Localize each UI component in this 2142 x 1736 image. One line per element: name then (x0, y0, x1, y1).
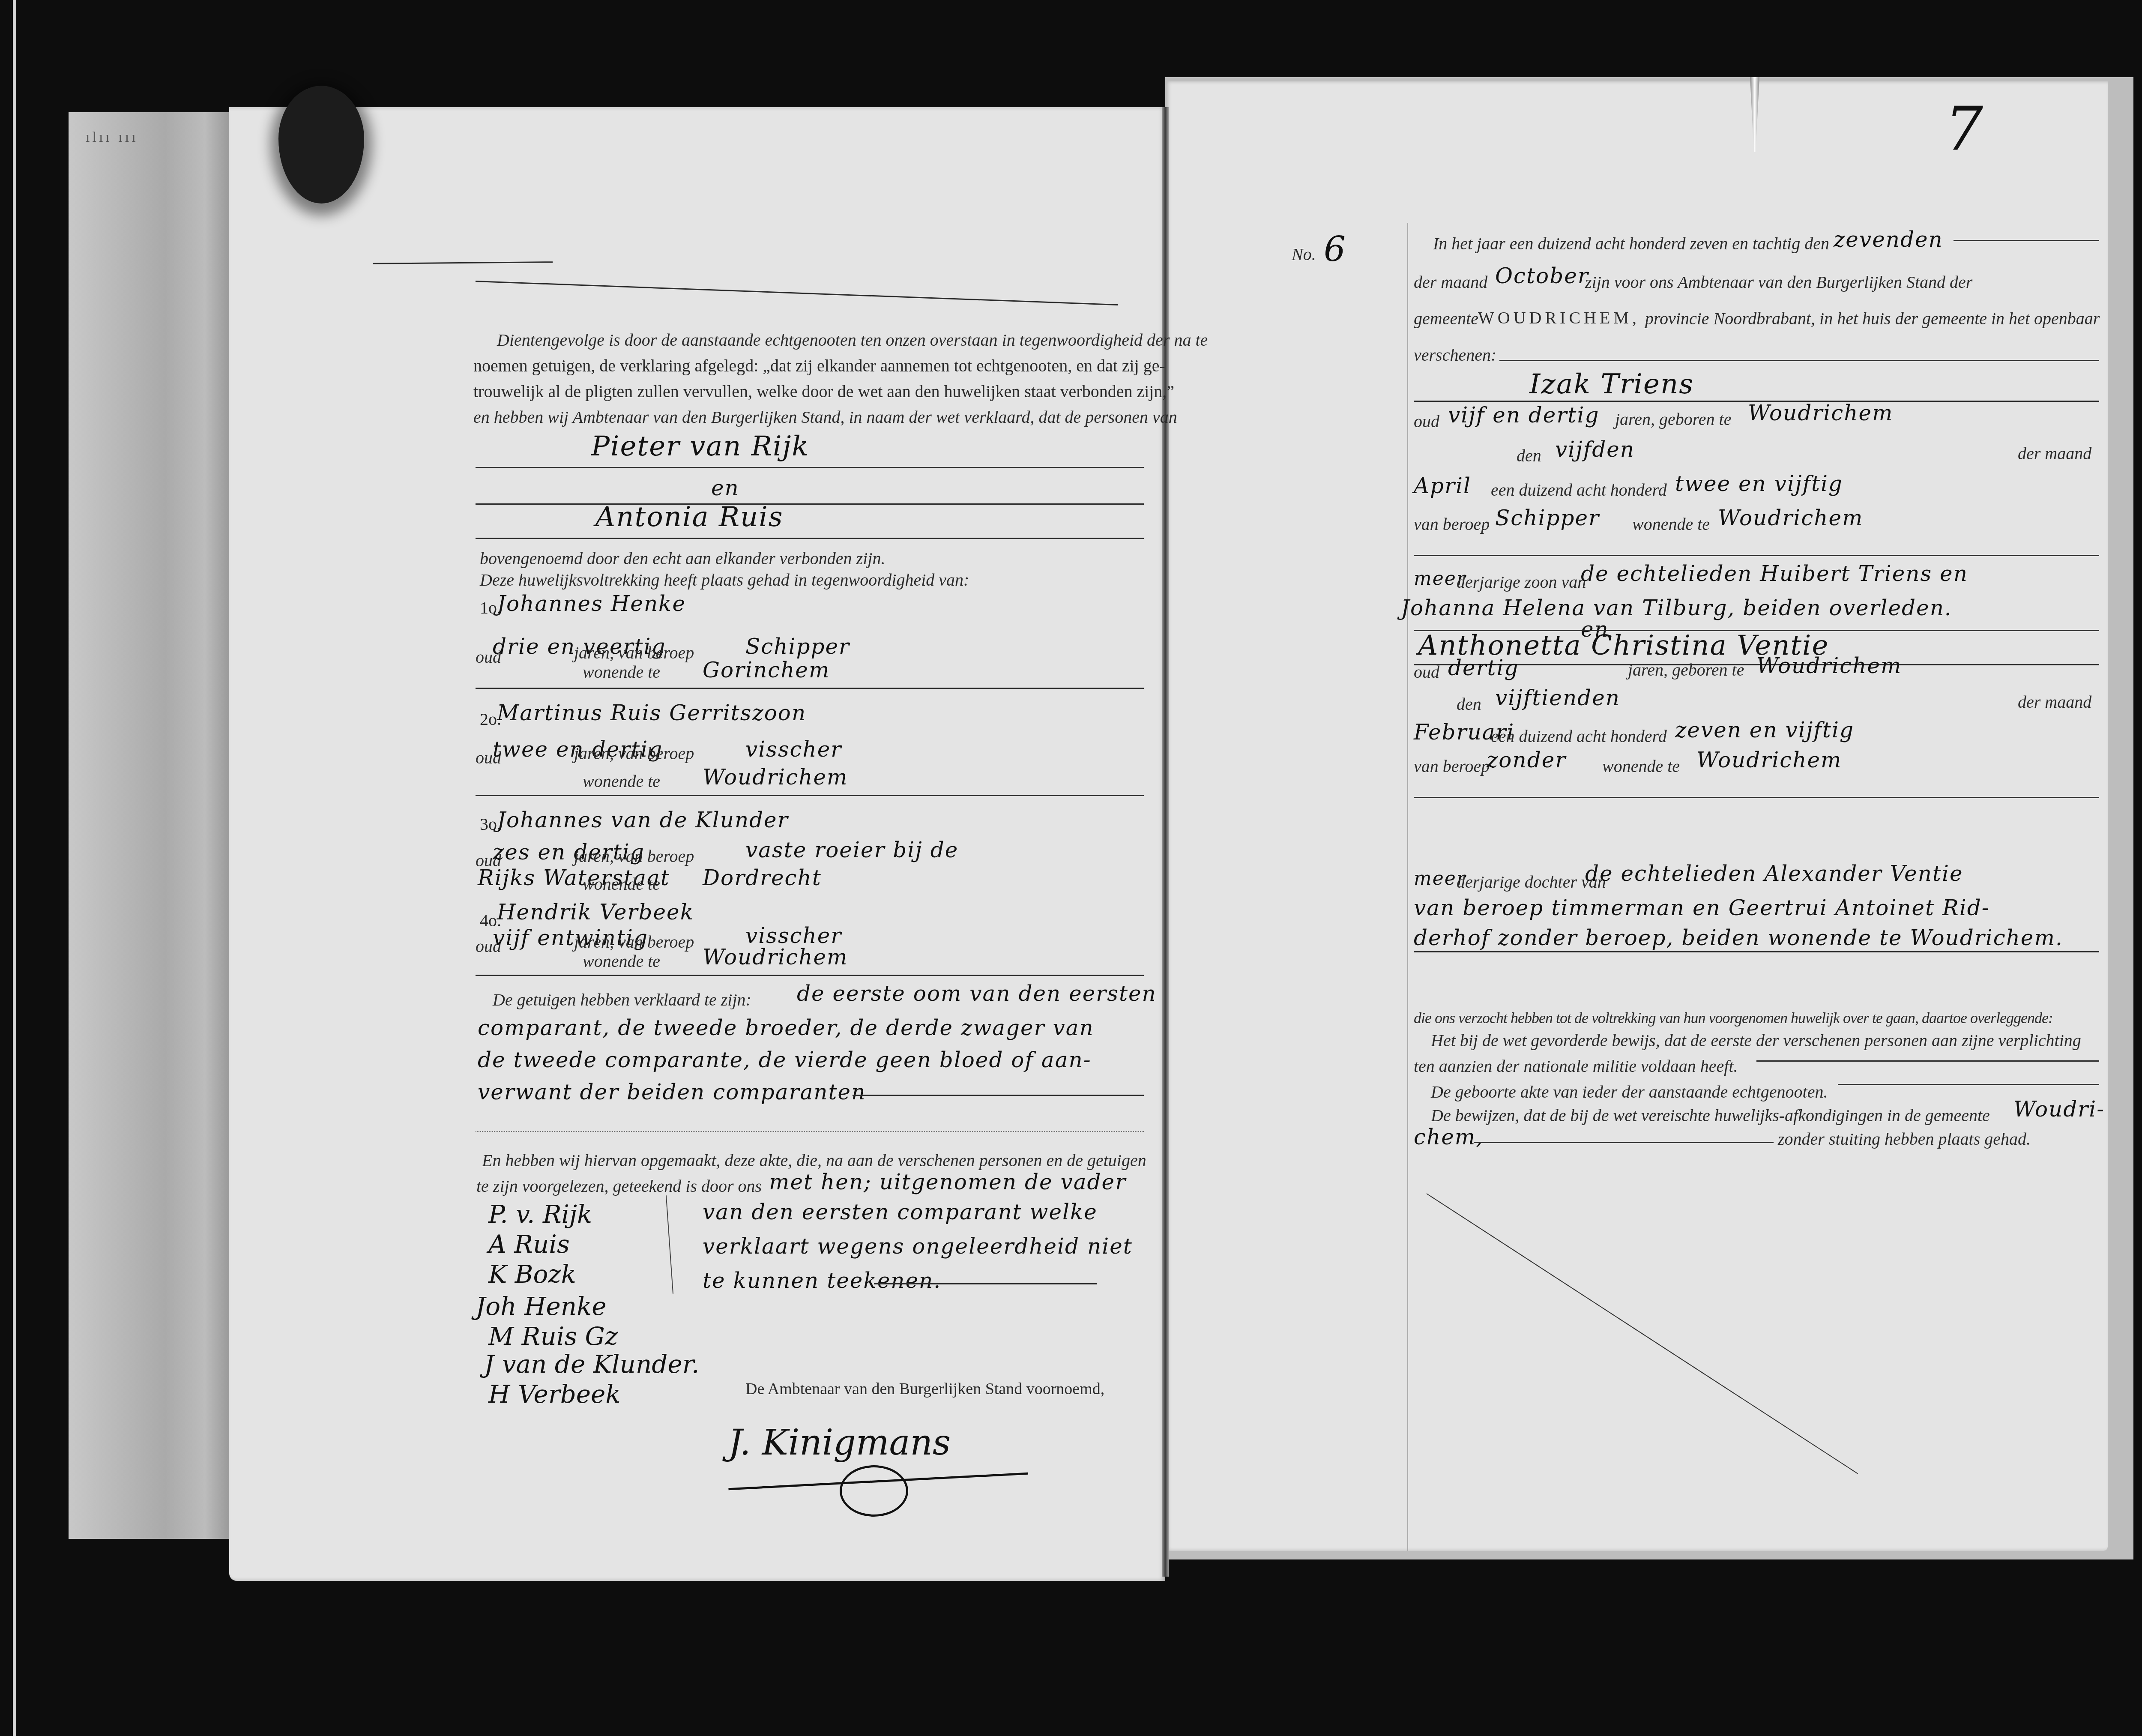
groom-occupation: Schipper (1495, 506, 1600, 530)
act-number-label: No. (1292, 244, 1316, 264)
bride-residence-label: wonende te (1602, 756, 1680, 776)
closing-note-line-3: te kunnen teekenen. (703, 1268, 941, 1293)
right-closing-line-5: De bewijzen, dat de bij de wet vereischt… (1431, 1105, 1990, 1125)
groom-oud-label: oud (1414, 411, 1439, 431)
blank-rule (476, 1131, 1144, 1132)
closing-note-end-rule (874, 1283, 1097, 1284)
intro-text-2: der maand (1414, 272, 1487, 292)
intro-month: October (1495, 263, 1589, 288)
page-number: 7 (1945, 94, 1983, 164)
relation-label: De getuigen hebben verklaard te zijn: (493, 990, 751, 1010)
closing-place-hand: Woudri- (2013, 1097, 2105, 1122)
witness-3-residence: Dordrecht (703, 865, 822, 890)
relation-line-4: verwant der beiden comparanten (478, 1080, 866, 1104)
witness-1-residence-label: wonende te (583, 662, 660, 682)
bride-status-text: derjarige dochter van (1457, 872, 1606, 892)
intro-text-4b: provincie Noordbrabant, in het huis der … (1645, 308, 2100, 329)
declaration-line-3: trouwelijk al de pligten zullen vervulle… (473, 381, 1174, 401)
groom-name-hand: Pieter van Rijk (591, 431, 809, 462)
witness-1-rule (476, 688, 1144, 689)
witness-4-occupation-label: jaren, van beroep (574, 932, 694, 952)
binding-scribble: ılıı ııı (86, 129, 138, 146)
bride-birth-day: vijftienden (1495, 685, 1620, 710)
closing-place-hand-2: chem, (1414, 1125, 1484, 1149)
witness-2-rule (476, 795, 1144, 796)
birth-akte-rule (1838, 1084, 2099, 1085)
closing-line-2: te zijn voorgelezen, geteekend is door o… (476, 1176, 762, 1196)
groom-name: Izak Triens (1529, 368, 1694, 400)
margin-line (1407, 223, 1408, 1551)
groom-status-text: derjarige zoon van (1457, 572, 1586, 592)
declaration-line-2: noemen getuigen, de verklaring afgelegd:… (473, 356, 1165, 376)
groom-year-label: een duizend acht honderd (1491, 480, 1667, 500)
bride-oud-label: oud (1414, 662, 1439, 682)
bride-der-maand-label: der maand (2018, 692, 2091, 712)
witness-2-occupation-label: jaren, van beroep (574, 743, 694, 763)
groom-residence: Woudrichem (1718, 506, 1863, 530)
act-number: 6 (1324, 229, 1346, 269)
bride-parents-line-1: de echtelieden Alexander Ventie (1585, 861, 1963, 886)
relation-end-rule (853, 1095, 1144, 1096)
groom-der-maand-label: der maand (2018, 443, 2091, 464)
municipality: WOUDRICHEM, (1478, 308, 1640, 328)
right-closing-line-4: De geboorte akte van ieder der aanstaand… (1431, 1082, 1828, 1102)
intro-text-1: In het jaar een duizend acht honderd zev… (1433, 233, 1829, 254)
signature-witness-3: J van de Klunder. (484, 1350, 700, 1379)
witness-intro: Deze huwelijksvoltrekking heeft plaats g… (480, 570, 969, 590)
right-closing-line-1: die ons verzocht hebben tot de voltrekki… (1414, 1009, 2053, 1027)
closing-note-line-2: verklaart wegens ongeleerdheid niet (703, 1234, 1133, 1259)
groom-birth-year: twee en vijftig (1675, 471, 1843, 496)
groom-age: vijf en dertig (1448, 403, 1599, 428)
bride-parents-line-3: derhof zonder beroep, beiden wonende te … (1414, 925, 2063, 950)
bride-year-label: een duizend acht honderd (1491, 726, 1667, 746)
bride-birthplace-label: jaren, geboren te (1628, 660, 1744, 680)
witness-4-rule (476, 975, 1144, 976)
official-label: De Ambtenaar van den Burgerlijken Stand … (745, 1380, 1104, 1398)
groom-parents-line-1: de echtelieden Huibert Triens en (1581, 561, 1968, 586)
bride-birthplace: Woudrichem (1756, 653, 1902, 678)
witness-2-residence: Woudrichem (703, 765, 848, 790)
bride-name-hand: Antonia Ruis (595, 501, 784, 533)
page-fold (1162, 107, 1169, 1577)
bride-birth-year: zeven en vijftig (1675, 718, 1854, 742)
closing-line-1: En hebben wij hiervan opgemaakt, deze ak… (482, 1150, 1146, 1170)
right-closing-end: zonder stuiting hebben plaats gehad. (1778, 1129, 2031, 1149)
signature-witness-4: H Verbeek (488, 1380, 621, 1409)
witness-2-occupation: visscher (745, 737, 842, 762)
bride-occupation: zonder (1487, 748, 1566, 772)
witness-2-name: Martinus Ruis Gerritszoon (497, 700, 806, 725)
declaration-line-4: en hebben wij Ambtenaar van den Burgerli… (473, 407, 1177, 427)
book-binding: ılıı ııı (69, 112, 229, 1539)
intro-text-4a: gemeente (1414, 308, 1478, 329)
signature-witness-1: Joh Henke (476, 1292, 607, 1321)
intro-text-5: verschenen: (1414, 345, 1496, 365)
witness-1-occupation-label: jaren, van beroep (574, 643, 694, 663)
relation-line-3: de tweede comparante, de vierde geen blo… (478, 1048, 1092, 1072)
signature-3: K Bozk (488, 1260, 576, 1289)
witness-4-residence-label: wonende te (583, 951, 660, 971)
relation-line-2: comparant, de tweede broeder, de derde z… (478, 1015, 1094, 1040)
closing-handwritten: met hen; uitgenomen de vader (769, 1170, 1126, 1194)
bride-parents-line-2: van beroep timmerman en Geertrui Antoine… (1414, 895, 1990, 920)
bride-parents-end-rule (1414, 951, 2099, 952)
witness-3-residence-label: wonende te (583, 874, 660, 894)
official-signature: J. Kinigmans (728, 1422, 951, 1463)
film-edge-left (13, 0, 16, 1736)
official-flourish (840, 1465, 908, 1517)
declaration-line-1: Dientengevolge is door de aanstaande ech… (497, 330, 1208, 350)
witness-4-name: Hendrik Verbeek (497, 900, 694, 925)
signature-witness-2: M Ruis Gz (488, 1322, 618, 1351)
groom-birth-day: vijfden (1555, 437, 1635, 462)
witness-1-residence: Gorinchem (703, 658, 830, 682)
groom-parents-line-2: Johanna Helena van Tilburg, beiden overl… (1401, 596, 1952, 620)
groom-birth-month: April (1414, 473, 1471, 498)
stuiting-rule (1474, 1142, 1774, 1143)
groom-blank-rule (1414, 555, 2099, 556)
bride-blank-rule (1414, 797, 2099, 798)
right-closing-line-2: Het bij de wet gevorderde bewijs, dat de… (1431, 1030, 2081, 1051)
intro-day: zevenden (1834, 227, 1943, 252)
groom-den-label: den (1517, 446, 1541, 466)
witness-2-residence-label: wonende te (583, 771, 660, 791)
intro-text-3: zijn voor ons Ambtenaar van den Burgerli… (1585, 272, 1972, 292)
connector-rule (476, 503, 1144, 505)
united-text: bovengenoemd door den echt aan elkander … (480, 548, 885, 569)
verschenen-rule (1499, 360, 2099, 361)
bride-name-rule (476, 538, 1144, 539)
witness-4-residence: Woudrichem (703, 945, 848, 970)
groom-birthplace: Woudrichem (1748, 401, 1893, 425)
groom-residence-label: wonende te (1632, 514, 1710, 534)
bride-residence: Woudrichem (1696, 748, 1842, 772)
connector-en: en (711, 476, 739, 500)
witness-3-occupation-label: jaren, van beroep (574, 846, 694, 866)
bride-age: dertig (1448, 655, 1519, 680)
witness-3-occupation: vaste roeier bij de (745, 838, 958, 862)
bride-den-label: den (1457, 694, 1481, 714)
relation-line-1: de eerste oom van den eersten (797, 981, 1157, 1006)
signature-bride: A Ruis (488, 1230, 570, 1259)
right-closing-line-3: ten aanzien der nationale militie voldaa… (1414, 1056, 1738, 1076)
witness-3-name: Johannes van de Klunder (497, 808, 789, 832)
groom-birthplace-label: jaren, geboren te (1615, 409, 1731, 429)
bride-occupation-label: van beroep (1414, 756, 1490, 776)
intro-day-rule (1954, 240, 2099, 241)
groom-occupation-label: van beroep (1414, 514, 1490, 534)
witness-1-occupation: Schipper (745, 634, 850, 659)
militia-rule (1756, 1060, 2099, 1062)
closing-note-line-1: van den eersten comparant welke (703, 1200, 1098, 1224)
groom-name-rule (476, 467, 1144, 468)
witness-1-name: Johannes Henke (497, 591, 686, 616)
signature-groom: P. v. Rijk (488, 1200, 592, 1229)
